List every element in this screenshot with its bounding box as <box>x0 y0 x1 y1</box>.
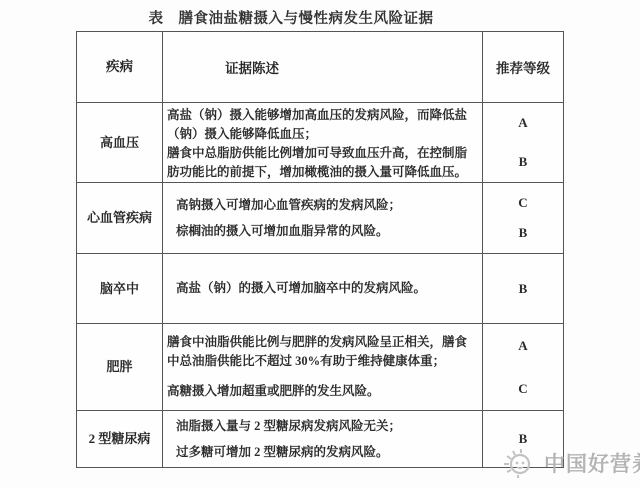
evidence-cell: 高钠摄入可增加心血管疾病的发病风险； 棕榈油的摄入可增加血脂异常的风险。 <box>163 183 483 253</box>
evidence-statement: 膳食中总脂肪供能比例增加可导致血压升高，在控制脂肪功能比的前提下，增加橄榄油的摄… <box>167 144 477 182</box>
evidence-table: 疾病 证据陈述 推荐等级 高血压 高盐（钠）摄入能够增加高血压的发病风险，而降低… <box>76 31 564 468</box>
grade-value: B <box>519 431 528 447</box>
evidence-statement: 高盐（钠）的摄入可增加脑卒中的发病风险。 <box>167 279 477 298</box>
grade-value: B <box>519 281 528 297</box>
evidence-statement: 高盐（钠）摄入能够增加高血压的发病风险，而降低盐（钠）摄入能够降低血压； <box>167 106 477 144</box>
grade-value: A <box>518 115 527 131</box>
table-row-type2-diabetes: 2 型糖尿病 油脂摄入量与 2 型糖尿病发病风险无关； 过多糖可增加 2 型糖尿… <box>77 411 563 467</box>
grade-cell: A C <box>483 324 563 410</box>
table-row-obesity: 肥胖 膳食中油脂供能比例与肥胖的发病风险呈正相关，膳食中总油脂供能比不超过 30… <box>77 324 563 411</box>
table-row-cardiovascular: 心血管疾病 高钠摄入可增加心血管疾病的发病风险； 棕榈油的摄入可增加血脂异常的风… <box>77 183 563 254</box>
table-row-hypertension: 高血压 高盐（钠）摄入能够增加高血压的发病风险，而降低盐（钠）摄入能够降低血压；… <box>77 103 563 183</box>
evidence-cell: 膳食中油脂供能比例与肥胖的发病风险呈正相关，膳食中总油脂供能比不超过 30%有助… <box>163 324 483 410</box>
disease-cell: 2 型糖尿病 <box>77 411 163 467</box>
evidence-statement: 油脂摄入量与 2 型糖尿病发病风险无关； <box>167 417 477 436</box>
evidence-cell: 高盐（钠）的摄入可增加脑卒中的发病风险。 <box>163 254 483 323</box>
page-title: 表 膳食油盐糖摄入与慢性病发生风险证据 <box>0 7 582 28</box>
disease-cell: 肥胖 <box>77 324 163 410</box>
evidence-statement: 膳食中油脂供能比例与肥胖的发病风险呈正相关，膳食中总油脂供能比不超过 30%有助… <box>167 333 477 371</box>
disease-cell: 心血管疾病 <box>77 183 163 253</box>
watermark: 中国好营养 <box>499 446 640 480</box>
grade-cell: B <box>483 254 563 323</box>
grade-cell: A B <box>483 103 563 182</box>
sun-face-logo-icon <box>499 447 539 479</box>
disease-cell: 高血压 <box>77 103 163 182</box>
watermark-text: 中国好营养 <box>544 448 640 478</box>
header-evidence: 证据陈述 <box>163 32 483 102</box>
grade-cell: C B <box>483 183 563 253</box>
grade-value: C <box>518 381 527 397</box>
disease-cell: 脑卒中 <box>77 254 163 323</box>
grade-value: B <box>519 225 528 241</box>
evidence-statement: 高钠摄入可增加心血管疾病的发病风险； <box>167 196 477 215</box>
evidence-cell: 油脂摄入量与 2 型糖尿病发病风险无关； 过多糖可增加 2 型糖尿病的发病风险。 <box>163 411 483 467</box>
header-disease: 疾病 <box>77 32 163 102</box>
table-header-row: 疾病 证据陈述 推荐等级 <box>77 32 563 103</box>
grade-value: A <box>518 338 527 354</box>
header-grade: 推荐等级 <box>483 32 563 102</box>
evidence-statement: 高糖摄入增加超重或肥胖的发生风险。 <box>167 382 477 401</box>
evidence-statement: 过多糖可增加 2 型糖尿病的发病风险。 <box>167 443 477 462</box>
evidence-cell: 高盐（钠）摄入能够增加高血压的发病风险，而降低盐（钠）摄入能够降低血压； 膳食中… <box>163 103 483 182</box>
grade-value: C <box>518 195 527 211</box>
table-row-stroke: 脑卒中 高盐（钠）的摄入可增加脑卒中的发病风险。 B <box>77 254 563 324</box>
header-evidence-label: 证据陈述 <box>225 57 279 77</box>
grade-value: B <box>519 154 528 170</box>
evidence-statement: 棕榈油的摄入可增加血脂异常的风险。 <box>167 222 477 241</box>
